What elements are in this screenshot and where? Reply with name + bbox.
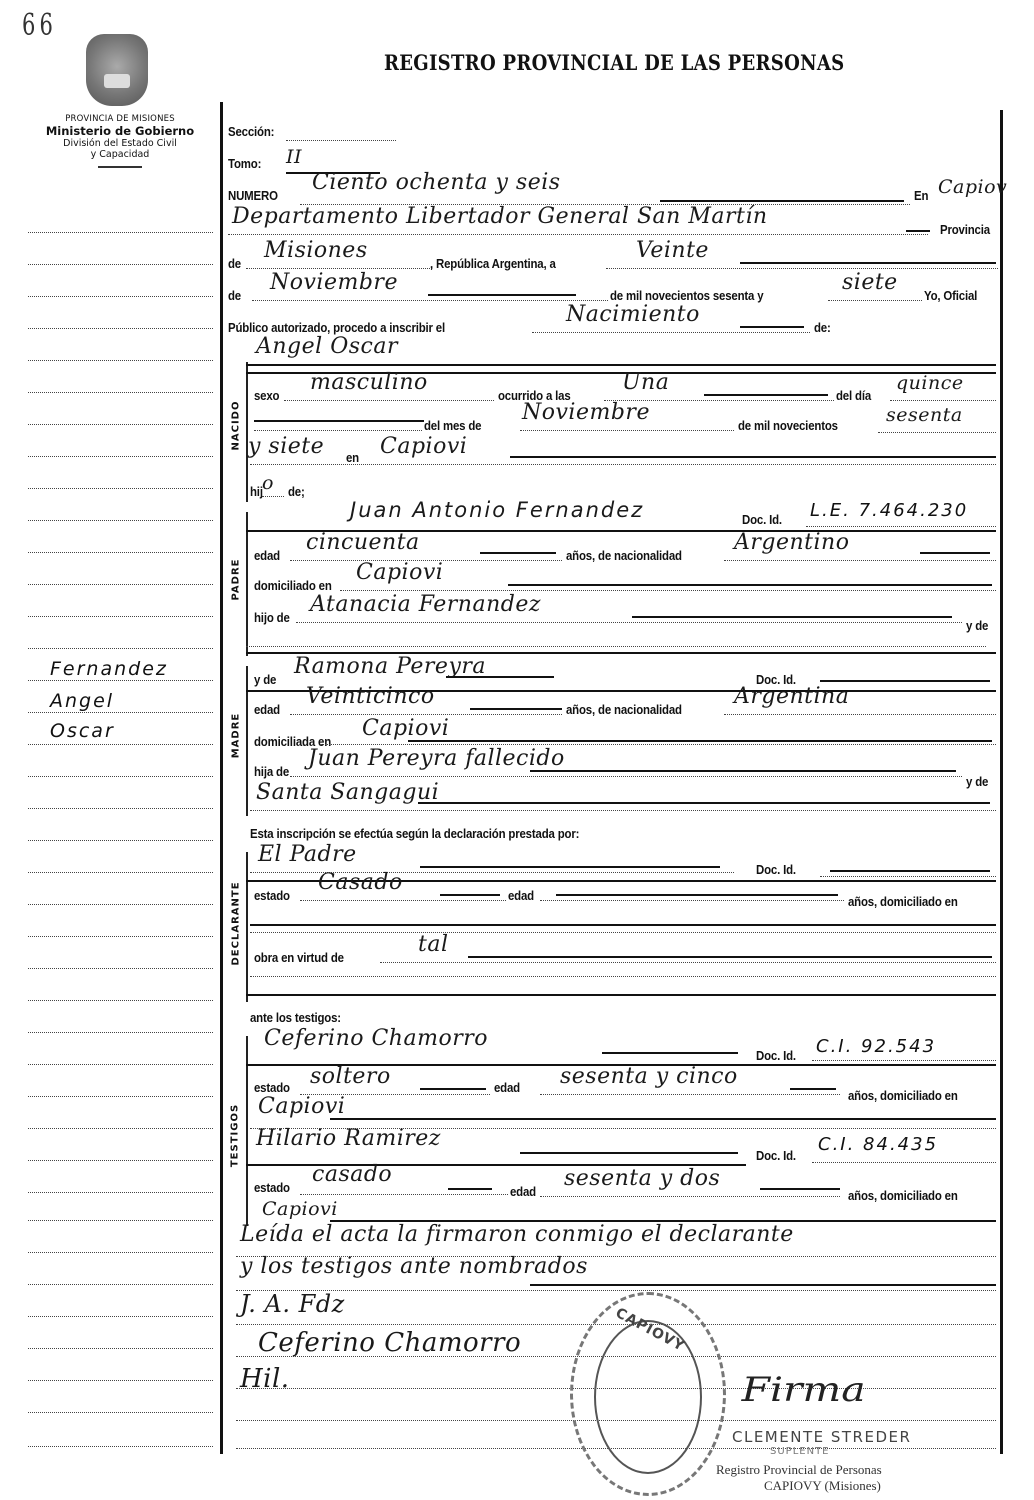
nacido-blank-dots: [254, 430, 422, 431]
padre-domicilio-dots: [340, 590, 996, 591]
declarante-obra-dots: [380, 962, 996, 963]
madre-domicilio-value[interactable]: Capiovi: [362, 716, 449, 741]
closing-dots-2: [236, 1290, 996, 1291]
mes-registro-dots: [252, 300, 608, 301]
lugar-dots: [250, 464, 996, 465]
padre-y-de-label: y de: [966, 618, 988, 633]
testigo-2-estado-dots: [300, 1194, 508, 1195]
anio-nacimiento-value-1[interactable]: sesenta: [886, 404, 963, 426]
testigo-2-doc-dots: [812, 1162, 996, 1163]
madre-nombre-underline: [446, 676, 554, 678]
page-number: 66: [22, 8, 57, 43]
testigo-1-estado-label: estado: [254, 1080, 290, 1095]
provincia-dots: [246, 268, 432, 269]
padre-nacionalidad-dots: [724, 560, 996, 561]
margin-given-name-2: Oscar: [50, 720, 115, 742]
testigo-2-domicilio-label: años, domiciliado en: [848, 1188, 958, 1203]
hij-label: hij: [250, 484, 263, 499]
padre-hijo-de-value[interactable]: Atanacia Fernandez: [310, 592, 541, 617]
testigo-2-estado-value[interactable]: casado: [312, 1162, 392, 1187]
madre-nacionalidad-value[interactable]: Argentina: [734, 684, 849, 709]
en-label: En: [914, 188, 928, 203]
en-lugar-label: en: [346, 450, 359, 465]
mes-registro-value[interactable]: Noviembre: [270, 270, 398, 295]
testigo-1-doc-label: Doc. Id.: [756, 1048, 796, 1063]
madre-y-de-value[interactable]: Santa Sangagui: [256, 780, 439, 805]
testigo-2-edad-label: edad: [510, 1184, 536, 1199]
madre-doc-field: [820, 680, 990, 682]
en-value[interactable]: Capiov: [938, 176, 1007, 198]
ministry-divider: [98, 166, 142, 168]
ministry-block: PROVINCIA DE MISIONES Ministerio de Gobi…: [20, 114, 220, 168]
oficial-label: Yo, Oficial: [924, 288, 977, 303]
padre-nombre[interactable]: Juan Antonio Fernandez: [350, 498, 644, 522]
margin-given-name-1: Angel: [50, 690, 114, 712]
declarante-edad-field: [556, 894, 838, 896]
dia-registro-dots: [606, 268, 998, 269]
testigo-1-edad-value[interactable]: sesenta y cinco: [560, 1064, 738, 1089]
signature-padre: J. A. Fdz: [240, 1290, 345, 1318]
declarante-end-rule: [246, 994, 996, 996]
madre-nacionalidad-label: años, de nacionalidad: [566, 702, 682, 717]
testigo-2-edad-dots: [540, 1196, 840, 1197]
dia-registro-value[interactable]: Veinte: [636, 238, 709, 263]
testigo-1-nombre-underline: [602, 1052, 738, 1054]
hij-de-label: de;: [288, 484, 305, 499]
official-signature: Firma: [742, 1370, 866, 1410]
provincia-value[interactable]: Misiones: [264, 238, 368, 263]
padre-doc-label: Doc. Id.: [742, 512, 782, 527]
testigo-2-estado-underline: [448, 1188, 492, 1190]
declarante-obra-value[interactable]: tal: [418, 932, 449, 957]
declarante-obra-dots-2: [250, 976, 996, 977]
acto-dots: [532, 332, 810, 333]
testigo-2-nombre-underline: [520, 1152, 738, 1154]
declarante-estado-dots: [300, 900, 506, 901]
padre-nacionalidad-label: años, de nacionalidad: [566, 548, 682, 563]
testigo-1-nombre[interactable]: Ceferino Chamorro: [264, 1026, 488, 1051]
declarante-estado-value[interactable]: Casado: [318, 870, 403, 895]
ministry-division: División del Estado Civil: [20, 138, 220, 149]
madre-edad-underline: [470, 708, 562, 710]
hij-value[interactable]: o: [262, 472, 274, 494]
nacido-nombre-rule: [246, 364, 996, 366]
madre-edad-label: edad: [254, 702, 280, 717]
madre-hija-de-label: hija de: [254, 764, 289, 779]
publico-label: Público autorizado, procedo a inscribir …: [228, 320, 445, 335]
seccion-label: Sección:: [228, 124, 274, 139]
declarante-domicilio-label: años, domiciliado en: [848, 894, 958, 909]
section-label-padre: PADRE: [231, 550, 242, 610]
madre-domicilio-dots: [320, 744, 996, 745]
ministry-name: Ministerio de Gobierno: [20, 124, 220, 138]
testigo-1-edad-underline: [790, 1088, 836, 1090]
testigo-1-edad-label: edad: [494, 1080, 520, 1095]
anio-nacimiento-label: de mil novecientos: [738, 418, 838, 433]
padre-edad-label: edad: [254, 548, 280, 563]
testigo-2-edad-value[interactable]: sesenta y dos: [564, 1166, 720, 1191]
madre-hija-de-dots: [290, 776, 962, 777]
madre-bracket: [246, 666, 248, 816]
padre-hijo-de-underline: [632, 616, 952, 618]
anio-nacimiento-value-2[interactable]: y siete: [248, 434, 324, 459]
registry-office: Registro Provincial de Personas: [716, 1462, 882, 1478]
tomo-value[interactable]: II: [286, 146, 302, 168]
testigo-1-doc-value[interactable]: C.I. 92.543: [816, 1036, 936, 1057]
madre-nacionalidad-dots: [724, 714, 996, 715]
hora-value[interactable]: Una: [622, 370, 669, 395]
padre-domicilio-value[interactable]: Capiovi: [356, 560, 443, 585]
padre-doc-dots: [806, 526, 996, 527]
numero-value[interactable]: Ciento ochenta y seis: [312, 170, 561, 195]
provincial-crest-icon: [86, 34, 148, 106]
seccion-field[interactable]: [286, 140, 396, 141]
padre-domicilio-underline: [508, 584, 992, 586]
padre-abuela-dots: [246, 646, 986, 647]
dia-label: del día: [836, 388, 871, 403]
padre-doc-value[interactable]: L.E. 7.464.230: [810, 500, 968, 521]
de-label: de: [228, 256, 241, 271]
dia-nacimiento-dots: [890, 400, 996, 401]
testigo-2-doc-value[interactable]: C.I. 84.435: [818, 1134, 938, 1155]
madre-y-de-underline: [418, 802, 990, 804]
testigo-2-doc-label: Doc. Id.: [756, 1148, 796, 1163]
ministry-province: PROVINCIA DE MISIONES: [20, 114, 220, 124]
declarante-domicilio-field: [250, 924, 996, 926]
nacido-blank-rule: [254, 420, 424, 422]
padre-edad-value[interactable]: cincuenta: [306, 530, 420, 555]
acto-underline: [740, 326, 804, 328]
form-right-border: [1000, 110, 1003, 1454]
registry-place: CAPIOVY (Misiones): [764, 1478, 881, 1494]
declarante-edad-label: edad: [508, 888, 534, 903]
mes-nacimiento-value[interactable]: Noviembre: [522, 400, 650, 425]
de-colon-label: de:: [814, 320, 831, 335]
testigo-2-domicilio-value[interactable]: Capiovi: [262, 1198, 338, 1220]
form-left-border: [220, 102, 223, 1454]
margin-surname: Fernandez: [50, 658, 168, 680]
declarante-obra-label: obra en virtud de: [254, 950, 344, 965]
officer-title: SUPLENTE: [770, 1446, 830, 1457]
closing-line-2: y los testigos ante nombrados: [240, 1254, 588, 1279]
madre-domicilio-underline: [408, 740, 992, 742]
nacido-nombre[interactable]: Angel Oscar: [256, 334, 398, 359]
acto-value[interactable]: Nacimiento: [566, 302, 700, 327]
sexo-label: sexo: [254, 388, 279, 403]
ministry-division-2: y Capacidad: [20, 149, 220, 160]
madre-edad-dots: [290, 714, 562, 715]
dia-registro-underline: [740, 262, 996, 264]
lugar-underline: [510, 456, 996, 458]
padre-nacionalidad-underline: [920, 552, 990, 554]
testigo-1-domicilio-label: años, domiciliado en: [848, 1088, 958, 1103]
republica-label: , República Argentina, a: [430, 256, 556, 271]
hora-underline: [704, 394, 828, 396]
declarante-estado-label: estado: [254, 888, 290, 903]
departamento-value[interactable]: Departamento Libertador General San Mart…: [232, 204, 768, 229]
declarante-doc-dots: [820, 876, 996, 877]
madre-hija-de-underline: [530, 770, 956, 772]
signature-testigo-2: Hil.: [240, 1364, 290, 1394]
declarante-nombre-underline: [420, 866, 720, 868]
anio-registro-dots: [828, 300, 922, 301]
lugar-nacimiento-value[interactable]: Capiovi: [380, 434, 467, 459]
sexo-value[interactable]: masculino: [310, 370, 428, 395]
declarante-intro: Esta inscripción se efectúa según la dec…: [250, 826, 579, 841]
section-label-testigos: TESTIGOS: [230, 1101, 241, 1171]
numero-label: NUMERO: [228, 188, 278, 203]
mes-nacimiento-dots: [520, 430, 734, 431]
anio-nacimiento-dots: [878, 432, 996, 433]
section-label-nacido: NACIDO: [231, 396, 242, 456]
madre-y-de-label: y de: [254, 672, 276, 687]
anio-registro-value[interactable]: siete: [842, 270, 898, 295]
madre-hija-de-value[interactable]: Juan Pereyra fallecido: [308, 746, 565, 771]
testigo-2-estado-label: estado: [254, 1180, 290, 1195]
mes-label: del mes de: [424, 418, 481, 433]
madre-y-de-dots: [250, 810, 996, 811]
testigo-1-edad-dots: [540, 1094, 840, 1095]
nacido-bracket: [246, 362, 248, 502]
dia-nacimiento-value[interactable]: quince: [896, 372, 964, 394]
declarante-obra-underline: [468, 956, 992, 958]
section-label-madre: MADRE: [231, 706, 242, 766]
padre-hijo-de-label: hijo de: [254, 610, 290, 625]
de-mes-label: de: [228, 288, 241, 303]
declarante-doc-label: Doc. Id.: [756, 862, 796, 877]
madre-y-de-label-2: y de: [966, 774, 988, 789]
declarante-edad-dots: [540, 900, 844, 901]
padre-edad-underline: [480, 552, 556, 554]
mes-registro-underline: [428, 294, 576, 296]
sexo-dots: [284, 400, 494, 401]
provincia-label: Provincia: [940, 222, 990, 237]
hij-dots: [262, 496, 284, 497]
officer-name: CLEMENTE STREDER: [732, 1428, 911, 1446]
testigo-1-domicilio-underline: [330, 1118, 996, 1120]
closing-line-1: Leída el acta la firmaron conmigo el dec…: [240, 1222, 794, 1247]
declarante-bracket: [246, 852, 248, 1002]
declarante-doc-field: [830, 870, 990, 872]
padre-bracket: [246, 512, 248, 656]
signature-testigo-1: Ceferino Chamorro: [258, 1328, 521, 1358]
departamento-dots: [228, 234, 928, 235]
closing-underline: [530, 1284, 996, 1286]
testigo-2-nombre[interactable]: Hilario Ramirez: [256, 1126, 441, 1151]
testigo-1-estado-value[interactable]: soltero: [310, 1064, 391, 1089]
padre-domicilio-label: domiciliado en: [254, 578, 332, 593]
section-label-declarante: DECLARANTE: [231, 886, 242, 966]
declarante-nombre[interactable]: El Padre: [258, 842, 357, 867]
anio-label: de mil novecientos sesenta y: [610, 288, 763, 303]
padre-hijo-de-dots: [296, 622, 962, 623]
testigo-1-domicilio-value[interactable]: Capiovi: [258, 1094, 345, 1119]
testigo-2-edad-underline: [760, 1188, 840, 1190]
tomo-label: Tomo:: [228, 156, 261, 171]
testigo-1-estado-underline: [420, 1088, 486, 1090]
numero-underline: [660, 200, 904, 202]
declarante-domicilio-dots: [250, 932, 996, 933]
departamento-underline: [906, 230, 930, 232]
testigos-intro: ante los testigos:: [250, 1010, 341, 1025]
madre-edad-value[interactable]: Veinticinco: [306, 684, 435, 709]
testigo-1-doc-dots: [812, 1060, 996, 1061]
declarante-estado-underline: [440, 894, 500, 896]
padre-nacionalidad-value[interactable]: Argentino: [734, 530, 849, 555]
page-title: REGISTRO PROVINCIAL DE LAS PERSONAS: [384, 50, 844, 75]
